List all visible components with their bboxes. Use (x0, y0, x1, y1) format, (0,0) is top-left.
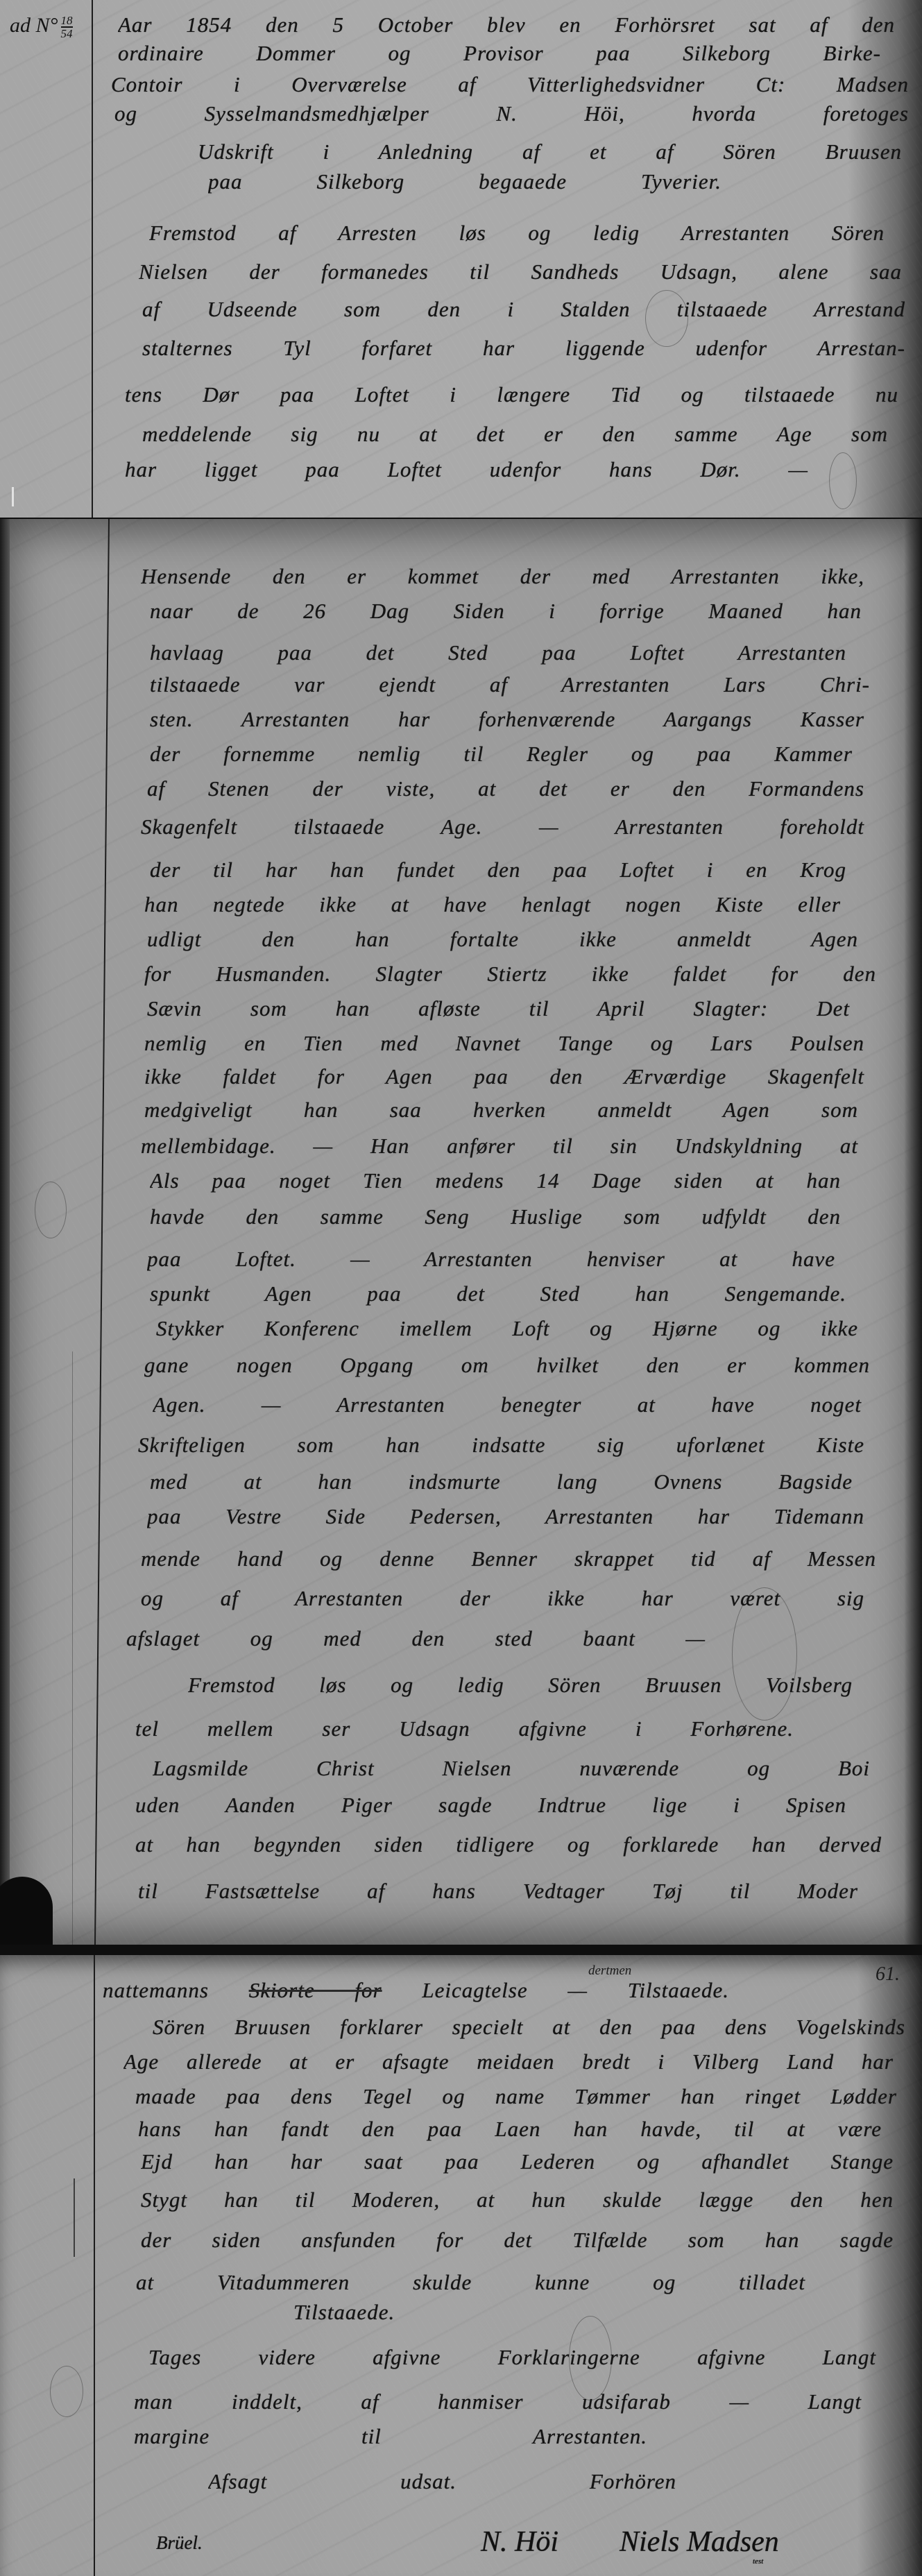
handwritten-line: Sören Bruusen forklarer specielt at den … (153, 2011, 905, 2044)
handwritten-line: Sævin som han afløste til April Slagter:… (147, 992, 850, 1025)
handwritten-line: Contoir i Overværelse af Vitterlighedsvi… (111, 68, 909, 101)
signature-witness-1: N. Höi (481, 2525, 558, 2559)
handwritten-line: han negtede ikke at have henlagt nogen K… (144, 888, 841, 921)
handwritten-line: tilstaaede var ejendt af Arrestanten Lar… (150, 668, 870, 701)
handwritten-line-with-strikeout: nattemanns Skiorte for Leicagtelse — Til… (103, 1974, 729, 2007)
margin-tick-line (74, 2178, 75, 2257)
margin-note-denominator: 54 (61, 28, 73, 40)
handwritten-line: Stygt han til Moderen, at hun skulde læg… (141, 2183, 894, 2217)
margin-note-numerator: 18 (61, 15, 73, 28)
handwritten-line: Udskrift i Anledning af et af Sören Bruu… (198, 135, 902, 169)
margin-rule (94, 1955, 95, 2576)
handwritten-line: der siden ansfunden for det Tilfælde som… (141, 2224, 894, 2257)
handwritten-line: ikke faldet for Agen paa den Ærværdige S… (144, 1060, 864, 1093)
page-3: 61. dertmen nattemanns Skiorte for Leica… (0, 1955, 922, 2576)
handwritten-line: af Udseende som den i Stalden tilstaaede… (142, 293, 905, 326)
line-text: nattemanns (103, 1978, 209, 2002)
handwritten-line: mellembidage. — Han anfører til sin Unds… (141, 1129, 858, 1163)
handwritten-line: har ligget paa Loftet udenfor hans Dør. … (125, 453, 808, 486)
handwritten-line: og af Arrestanten der ikke har været sig (141, 1582, 864, 1615)
handwritten-line: Age allerede at er afsagte meidaen bredt… (123, 2045, 894, 2079)
handwritten-line: spunkt Agen paa det Sted han Sengemande. (150, 1277, 846, 1311)
handwritten-line: sten. Arrestanten har forhenværende Aarg… (150, 703, 864, 736)
handwritten-line: uden Aanden Piger sagde Indtrue lige i S… (135, 1789, 846, 1822)
margin-note-fraction: 1854 (61, 15, 73, 40)
handwritten-line: maade paa dens Tegel og name Tømmer han … (135, 2080, 897, 2113)
handwritten-line: Skagenfelt tilstaaede Age. — Arrestanten… (141, 810, 864, 844)
handwritten-line: havde den samme Seng Huslige som udfyldt… (150, 1200, 841, 1234)
stamp-ghost-circle (829, 452, 857, 509)
film-speck (12, 487, 14, 506)
page-1: ad N°1854 Aar 1854 den 5 October blev en… (0, 0, 922, 518)
handwritten-line: Agen. — Arrestanten benegter at have nog… (153, 1388, 862, 1422)
page-number: 61. (876, 1963, 900, 1986)
handwritten-line: med at han indsmurte lang Ovnens Bagside (150, 1465, 853, 1499)
handwritten-line: stalternes Tyl forfaret har liggende ude… (142, 332, 905, 365)
handwritten-line: der til har han fundet den paa Loftet i … (150, 853, 846, 887)
handwritten-line: naar de 26 Dag Siden i forrige Maaned ha… (150, 595, 862, 628)
handwritten-line: afslaget og med den sted baant — (126, 1622, 706, 1655)
handwritten-line: Fremstod af Arresten løs og ledig Arrest… (149, 216, 885, 250)
handwritten-line: Ejd han har saat paa Lederen og afhandle… (141, 2145, 894, 2178)
handwritten-line: at Vitadummeren skulde kunne og tilladet (136, 2266, 805, 2299)
signature-judge: Brüel. (156, 2532, 203, 2554)
handwritten-line: til Fastsættelse af hans Vedtager Tøj ti… (138, 1875, 858, 1908)
handwritten-line: Fremstod løs og ledig Sören Bruusen Voil… (188, 1669, 853, 1702)
handwritten-line: medgiveligt han saa hverken anmeldt Agen… (144, 1093, 858, 1127)
handwritten-line: margine til Arrestanten. (134, 2420, 647, 2453)
handwritten-line: paa Loftet. — Arrestanten henviser at ha… (147, 1243, 835, 1276)
faint-margin-rule (72, 1351, 73, 1945)
handwritten-line: gane nogen Opgang om hvilket den er komm… (144, 1349, 870, 1382)
signature-mark: test (753, 2557, 763, 2566)
handwritten-line: man inddelt, af hanmiser udsifarab — Lan… (134, 2385, 862, 2419)
handwritten-line: og Sysselmandsmedhjælper N. Höi, hvorda … (114, 97, 909, 130)
punch-hole-ghost (35, 1182, 67, 1238)
handwritten-line: Afsagt udsat. Forhören (208, 2465, 676, 2498)
handwritten-line: tens Dør paa Loftet i længere Tid og til… (125, 378, 898, 411)
margin-note-prefix: ad N° (10, 14, 58, 37)
handwritten-line: Nielsen der formanedes til Sandheds Udsa… (139, 255, 902, 289)
handwritten-line: mende hand og denne Benner skrappet tid … (141, 1542, 876, 1576)
margin-rule (92, 0, 93, 518)
handwritten-line: udligt den han fortalte ikke anmeldt Age… (147, 923, 858, 956)
handwritten-line: ordinaire Dommer og Provisor paa Silkebo… (118, 37, 881, 70)
handwritten-line: paa Silkeborg begaaede Tyverier. (208, 165, 722, 198)
punch-hole-ghost (50, 2366, 83, 2417)
struck-through-text: Skiorte for (249, 1978, 382, 2002)
handwritten-line: Hensende den er kommet der med Arrestant… (141, 560, 864, 593)
handwritten-line: hans han fandt den paa Laen han havde, t… (138, 2113, 882, 2146)
handwritten-line: der fornemme nemlig til Regler og paa Ka… (150, 737, 853, 771)
page-2: Hensende den er kommet der med Arrestant… (0, 519, 922, 1945)
punch-hole-shadow (0, 1877, 53, 1945)
handwritten-line: Tages videre afgivne Forklaringerne afgi… (148, 2341, 876, 2374)
line-text: Tilstaaede. (628, 1978, 729, 2002)
handwritten-line: havlaag paa det Sted paa Loftet Arrestan… (150, 636, 846, 669)
handwritten-line: nemlig en Tien med Navnet Tange og Lars … (144, 1027, 864, 1060)
handwritten-line: paa Vestre Side Pedersen, Arrestanten ha… (147, 1500, 864, 1533)
margin-case-reference: ad N°1854 (10, 14, 73, 40)
handwritten-line: Skrifteligen som han indsatte sig uforlæ… (138, 1428, 864, 1462)
handwritten-line: tel mellem ser Udsagn afgivne i Forhøren… (135, 1712, 794, 1746)
handwritten-line: Als paa noget Tien medens 14 Dage siden … (150, 1164, 841, 1197)
line-text: Leicagtelse — (422, 1978, 588, 2002)
handwritten-line: Lagsmilde Christ Nielsen nuværende og Bo… (153, 1752, 870, 1785)
handwritten-heading: Tilstaaede. (293, 2296, 474, 2329)
handwritten-line: at han begynden siden tidligere og forkl… (135, 1828, 882, 1861)
handwritten-line: af Stenen der viste, at det er den Forma… (147, 772, 864, 805)
handwritten-line: Stykker Konferenc imellem Loft og Hjørne… (156, 1312, 858, 1345)
signature-witness-2: Niels Madsen (620, 2525, 779, 2559)
handwritten-line: for Husmanden. Slagter Stiertz ikke fald… (144, 957, 876, 991)
handwritten-line: meddelende sig nu at det er den samme Ag… (142, 418, 888, 451)
